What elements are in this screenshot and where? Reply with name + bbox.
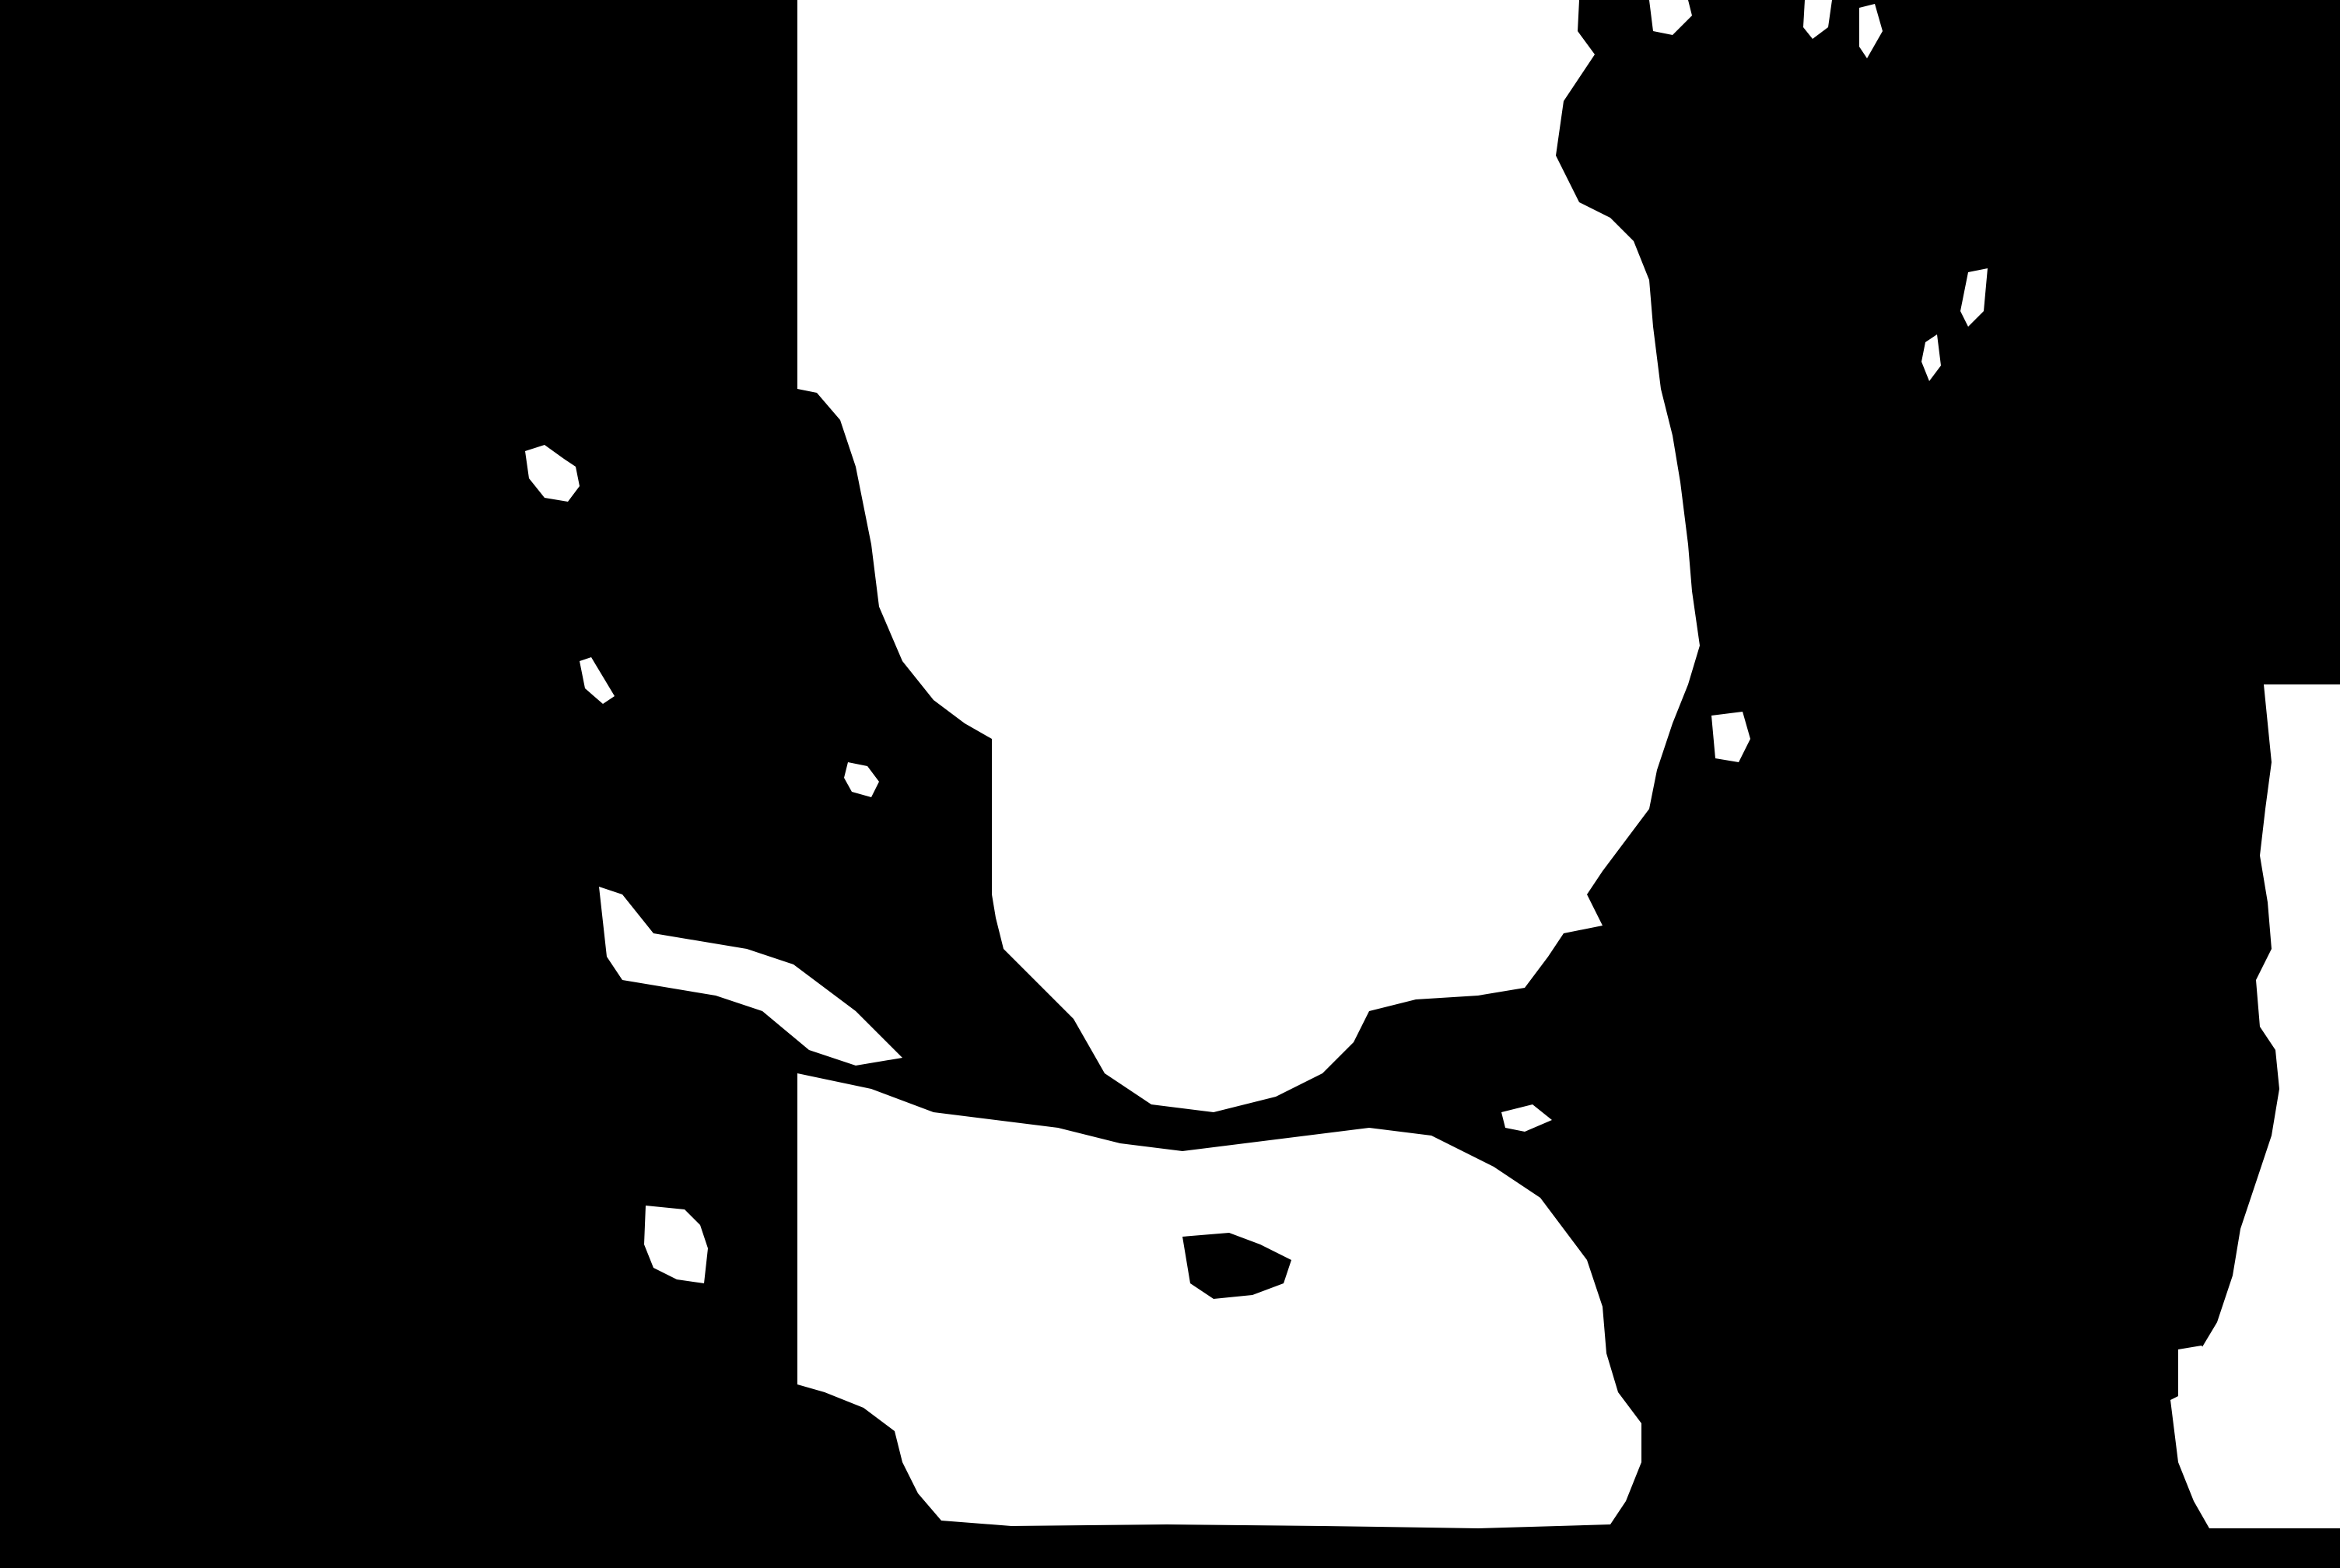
- segmentation-mask: [0, 0, 2340, 1568]
